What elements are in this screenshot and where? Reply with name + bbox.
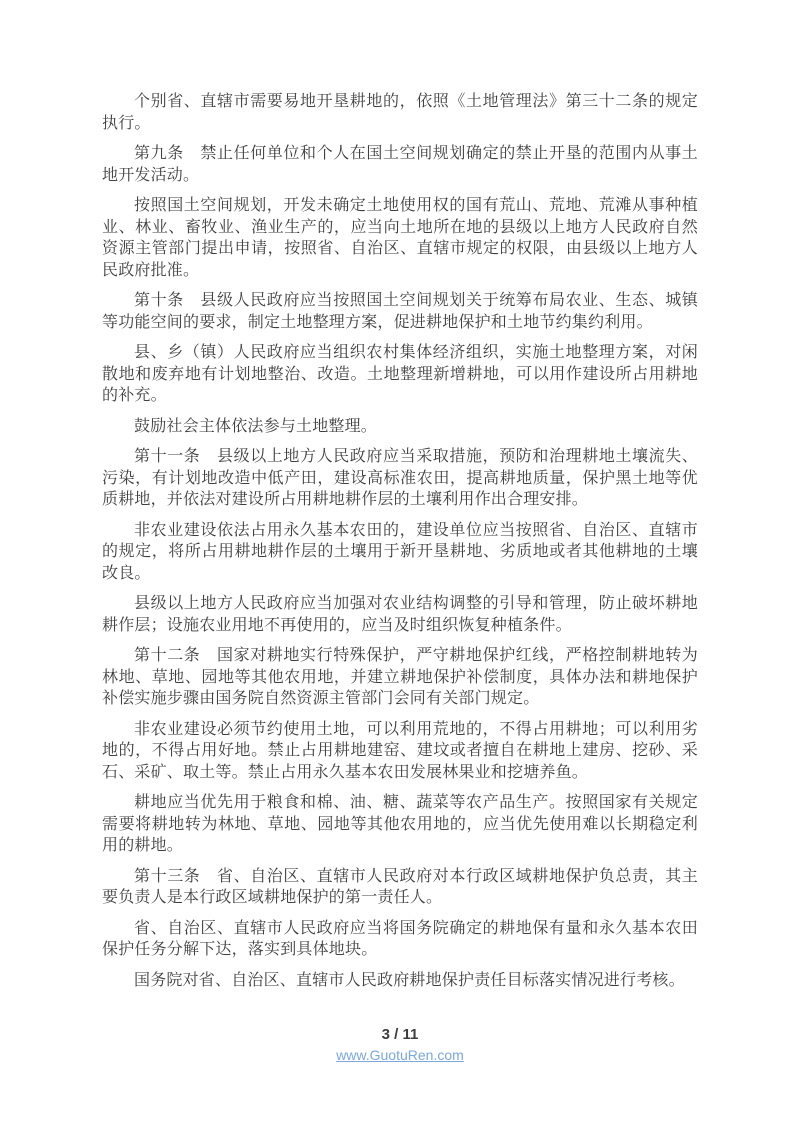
- paragraph: 非农业建设必须节约使用土地，可以利用荒地的，不得占用耕地；可以利用劣地的，不得占…: [102, 719, 698, 784]
- paragraph: 非农业建设依法占用永久基本农田的，建设单位应当按照省、自治区、直辖市的规定，将所…: [102, 520, 698, 585]
- paragraph: 第十条 县级人民政府应当按照国土空间规划关于统筹布局农业、生态、城镇等功能空间的…: [102, 290, 698, 333]
- paragraph: 县级以上地方人民政府应当加强对农业结构调整的引导和管理，防止破坏耕地耕作层；设施…: [102, 593, 698, 636]
- paragraph: 国务院对省、自治区、直辖市人民政府耕地保护责任目标落实情况进行考核。: [102, 970, 698, 992]
- paragraph: 第十三条 省、自治区、直辖市人民政府对本行政区域耕地保护负总责，其主要负责人是本…: [102, 866, 698, 909]
- paragraph: 耕地应当优先用于粮食和棉、油、糖、蔬菜等农产品生产。按照国家有关规定需要将耕地转…: [102, 792, 698, 857]
- website-link[interactable]: www.GuotuRen.com: [336, 1047, 464, 1063]
- paragraph: 第九条 禁止任何单位和个人在国土空间规划确定的禁止开垦的范围内从事土地开发活动。: [102, 143, 698, 186]
- paragraph: 县、乡（镇）人民政府应当组织农村集体经济组织，实施土地整理方案，对闲散地和废弃地…: [102, 342, 698, 407]
- paragraph: 第十一条 县级以上地方人民政府应当采取措施，预防和治理耕地土壤流失、污染，有计划…: [102, 446, 698, 511]
- page-number-indicator: 3 / 11: [0, 1026, 800, 1044]
- document-page: 个别省、直辖市需要易地开垦耕地的，依照《土地管理法》第三十二条的规定执行。第九条…: [0, 0, 800, 1132]
- paragraph: 按照国土空间规划，开发未确定土地使用权的国有荒山、荒地、荒滩从事种植业、林业、畜…: [102, 195, 698, 281]
- paragraph: 第十二条 国家对耕地实行特殊保护，严守耕地保护红线，严格控制耕地转为林地、草地、…: [102, 645, 698, 710]
- paragraph: 省、自治区、直辖市人民政府应当将国务院确定的耕地保有量和永久基本农田保护任务分解…: [102, 918, 698, 961]
- paragraph: 个别省、直辖市需要易地开垦耕地的，依照《土地管理法》第三十二条的规定执行。: [102, 91, 698, 134]
- page-footer: 3 / 11 www.GuotuRen.com: [0, 1026, 800, 1065]
- paragraph: 鼓励社会主体依法参与土地整理。: [102, 416, 698, 438]
- document-body: 个别省、直辖市需要易地开垦耕地的，依照《土地管理法》第三十二条的规定执行。第九条…: [0, 0, 800, 991]
